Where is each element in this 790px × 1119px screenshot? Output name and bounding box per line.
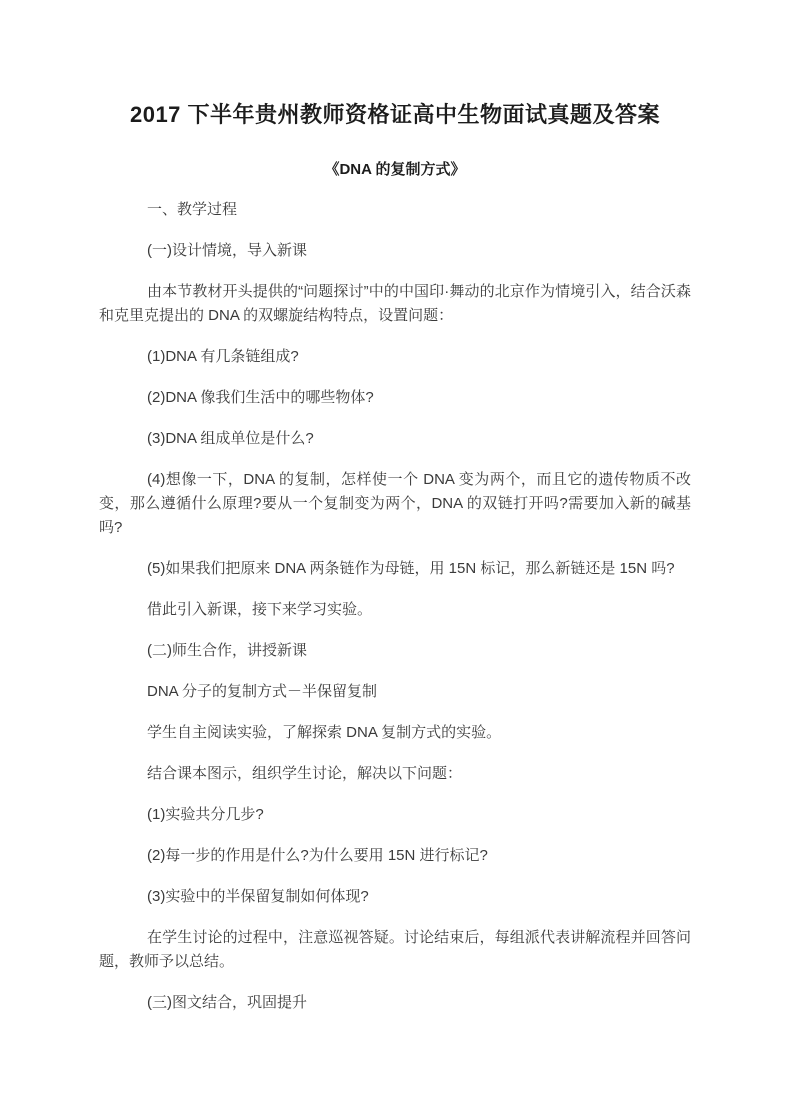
paragraph: (2)每一步的作用是什么?为什么要用 15N 进行标记? (99, 844, 691, 868)
paragraph: (一)设计情境，导入新课 (99, 239, 691, 263)
paragraph: 由本节教材开头提供的“问题探讨”中的中国印·舞动的北京作为情境引入，结合沃森和克… (99, 280, 691, 328)
paragraph: 结合课本图示，组织学生讨论，解决以下问题： (99, 762, 691, 786)
paragraph: DNA 分子的复制方式－半保留复制 (99, 680, 691, 704)
paragraph: 借此引入新课，接下来学习实验。 (99, 598, 691, 622)
document-subtitle: 《DNA 的复制方式》 (99, 158, 691, 182)
paragraph: (3)实验中的半保留复制如何体现? (99, 885, 691, 909)
paragraph: (5)如果我们把原来 DNA 两条链作为母链，用 15N 标记，那么新链还是 1… (99, 557, 691, 581)
paragraph: (2)DNA 像我们生活中的哪些物体? (99, 386, 691, 410)
document-page: 2017 下半年贵州教师资格证高中生物面试真题及答案 《DNA 的复制方式》 一… (0, 0, 790, 1119)
paragraph: (3)DNA 组成单位是什么? (99, 427, 691, 451)
paragraph: 学生自主阅读实验，了解探索 DNA 复制方式的实验。 (99, 721, 691, 745)
paragraph: (4)想像一下，DNA 的复制，怎样使一个 DNA 变为两个，而且它的遗传物质不… (99, 468, 691, 540)
paragraph: (1)DNA 有几条链组成? (99, 345, 691, 369)
document-body: 一、教学过程(一)设计情境，导入新课由本节教材开头提供的“问题探讨”中的中国印·… (99, 198, 691, 1015)
paragraph: (二)师生合作，讲授新课 (99, 639, 691, 663)
paragraph: 在学生讨论的过程中，注意巡视答疑。讨论结束后，每组派代表讲解流程并回答问题，教师… (99, 926, 691, 974)
document-title: 2017 下半年贵州教师资格证高中生物面试真题及答案 (99, 100, 691, 130)
paragraph: (三)图文结合，巩固提升 (99, 991, 691, 1015)
paragraph: (1)实验共分几步? (99, 803, 691, 827)
paragraph: 一、教学过程 (99, 198, 691, 222)
